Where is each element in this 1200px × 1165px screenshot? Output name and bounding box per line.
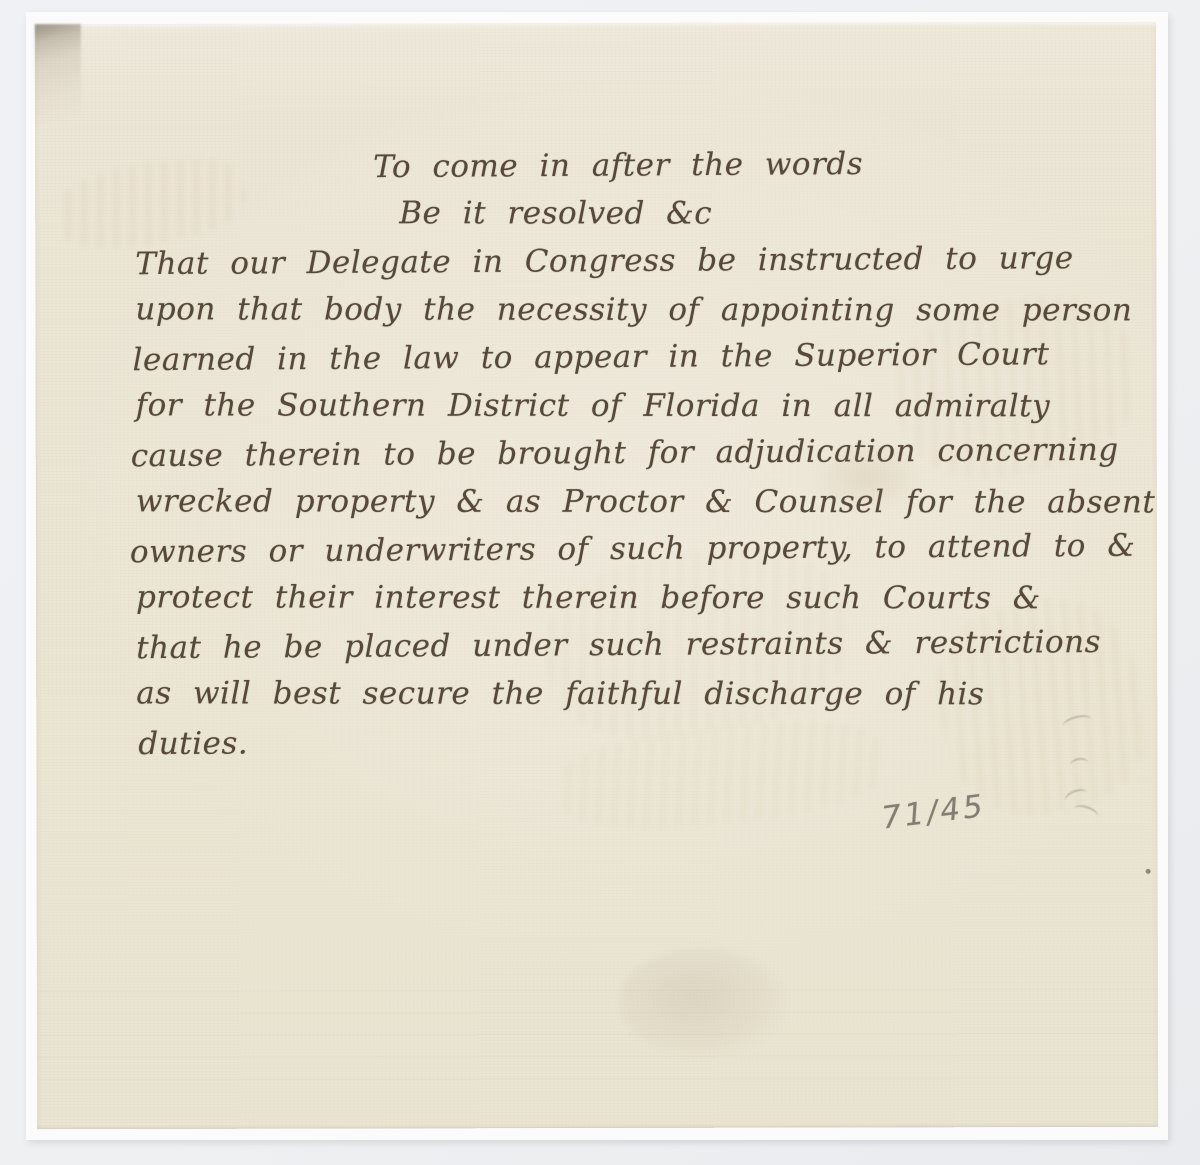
manuscript-line: for the Southern District of Florida in … — [136, 381, 1157, 430]
manuscript-page: To come in after the words Be it resolve… — [35, 22, 1158, 1129]
manuscript-line: that he be placed under such restraints … — [136, 618, 1157, 673]
scan-background: To come in after the words Be it resolve… — [0, 0, 1200, 1165]
paper-stain — [806, 442, 926, 512]
faint-pencil-mark — [1071, 802, 1100, 823]
paper-fold-texture — [37, 989, 1158, 1101]
manuscript-line: upon that body the necessity of appointi… — [135, 285, 1156, 334]
pencil-catalog-number: 71/45 — [880, 788, 988, 837]
manuscript-line: wrecked property & as Proctor & Counsel … — [136, 477, 1157, 526]
backing-sheet: To come in after the words Be it resolve… — [26, 12, 1168, 1140]
handwritten-text: To come in after the words Be it resolve… — [35, 22, 1158, 766]
manuscript-line: duties. — [138, 714, 1157, 769]
manuscript-line: learned in the law to appear in the Supe… — [132, 330, 1156, 385]
manuscript-line: That our Delegate in Congress be instruc… — [135, 234, 1156, 289]
manuscript-line: as will best secure the faithful dischar… — [136, 669, 1157, 718]
manuscript-line: protect their interest therein before su… — [136, 573, 1157, 622]
heading-line: To come in after the words — [373, 138, 1156, 191]
manuscript-line: cause therein to be brought for adjudica… — [131, 426, 1157, 481]
ink-speck — [1146, 869, 1151, 874]
heading-line: Be it resolved &c — [399, 189, 1156, 238]
manuscript-line: owners or underwriters of such property,… — [130, 522, 1157, 577]
